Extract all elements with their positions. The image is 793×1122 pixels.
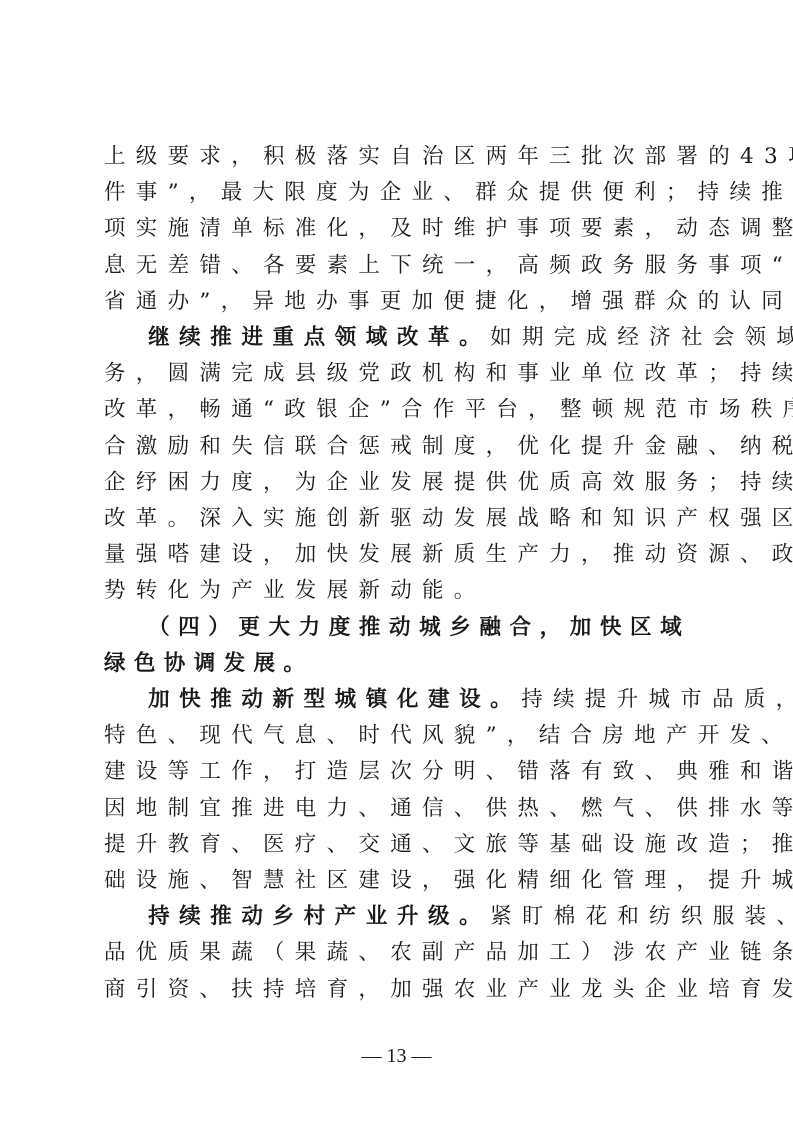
text-line: 势转化为产业发展新动能。 [104, 573, 690, 609]
text-line: 务，圆满完成县级党政机构和事业单位改革；持续深化“放管服” [104, 356, 690, 392]
paragraph-lead: 持续推动乡村产业升级。 [148, 904, 490, 929]
text-line: 省通办”，异地办事更加便捷化，增强群众的认同感。 [104, 284, 690, 320]
text-line: 建设等工作，打造层次分明、错落有致、典雅和谐的城市景观； [104, 754, 690, 790]
text-run: 紧盯棉花和纺织服装、绿色畜牧产 [490, 904, 793, 929]
paragraph-rural-industry-cont: 品优质果蔬（果蔬、农副产品加工）涉农产业链条，持续加强招 商引资、扶持培育，加强… [104, 935, 690, 1007]
paragraph-lead: 加快推动新型城镇化建设。 [148, 687, 521, 712]
text-run: 如期完成经济社会领域年度改革任 [490, 325, 793, 350]
text-line: 持续推动乡村产业升级。紧盯棉花和纺织服装、绿色畜牧产 [104, 899, 690, 935]
paragraph-reform: 继续推进重点领域改革。如期完成经济社会领域年度改革任 [104, 320, 690, 356]
text-line: 继续推进重点领域改革。如期完成经济社会领域年度改革任 [104, 320, 690, 356]
text-line: 改革。深入实施创新驱动发展战略和知识产权强区行动，推进质 [104, 501, 690, 537]
section-heading: （四）更大力度推动城乡融合，加快区域绿色协调发展。 [104, 610, 690, 682]
paragraph-lead: 继续推进重点领域改革。 [148, 325, 490, 350]
section-heading-text: （四）更大力度推动城乡融合，加快区域绿色协调发展。 [104, 615, 690, 676]
text-line: 件事”，最大限度为企业、群众提供便利；持续推进政务服务事 [104, 175, 690, 211]
document-body: 上级要求，积极落实自治区两年三批次部署的43项“高效办成一 件事”，最大限度为企… [104, 139, 690, 1008]
text-line: 特色、现代气息、时代风貌”，结合房地产开发、市政基础设施 [104, 718, 690, 754]
paragraph-urbanization-cont: 特色、现代气息、时代风貌”，结合房地产开发、市政基础设施 建设等工作，打造层次分… [104, 718, 690, 899]
paragraph-continuation: 上级要求，积极落实自治区两年三批次部署的43项“高效办成一 件事”，最大限度为企… [104, 139, 690, 320]
text-run: 持续提升城市品质，按照“新疆 [521, 687, 793, 712]
text-line: 础设施、智慧社区建设，强化精细化管理，提升城市治理水平。 [104, 863, 690, 899]
text-line: 项实施清单标准化，及时维护事项要素，动态调整，做到公示信 [104, 211, 690, 247]
text-line: 上级要求，积极落实自治区两年三批次部署的43项“高效办成一 [104, 139, 690, 175]
text-line: 商引资、扶持培育，加强农业产业龙头企业培育发展，立足县域 [104, 972, 690, 1008]
paragraph-urbanization: 加快推动新型城镇化建设。持续提升城市品质，按照“新疆 [104, 682, 690, 718]
text-line: 因地制宜推进电力、通信、供热、燃气、供排水等基础设施建设， [104, 791, 690, 827]
paragraph-rural-industry: 持续推动乡村产业升级。紧盯棉花和纺织服装、绿色畜牧产 [104, 899, 690, 935]
text-line: 改革，畅通“政银企”合作平台，整顿规范市场秩序，完善守信联 [104, 392, 690, 428]
text-line: 提升教育、医疗、交通、文旅等基础设施改造；推进智慧城市基 [104, 827, 690, 863]
text-line: 企纾困力度，为企业发展提供优质高效服务；持续推进科技体制 [104, 465, 690, 501]
paragraph-reform-cont: 务，圆满完成县级党政机构和事业单位改革；持续深化“放管服” 改革，畅通“政银企”… [104, 356, 690, 609]
text-line: 息无差错、各要素上下统一，高频政务服务事项“疆内通办”“跨 [104, 248, 690, 284]
text-line: 品优质果蔬（果蔬、农副产品加工）涉农产业链条，持续加强招 [104, 935, 690, 971]
text-line: 量强嗒建设，加快发展新质生产力，推动资源、政策、区位等优 [104, 537, 690, 573]
text-line: 合激励和失信联合惩戒制度，优化提升金融、纳税服务，加大助 [104, 429, 690, 465]
page-number: — 13 — [0, 1045, 793, 1068]
text-line: 加快推动新型城镇化建设。持续提升城市品质，按照“新疆 [104, 682, 690, 718]
